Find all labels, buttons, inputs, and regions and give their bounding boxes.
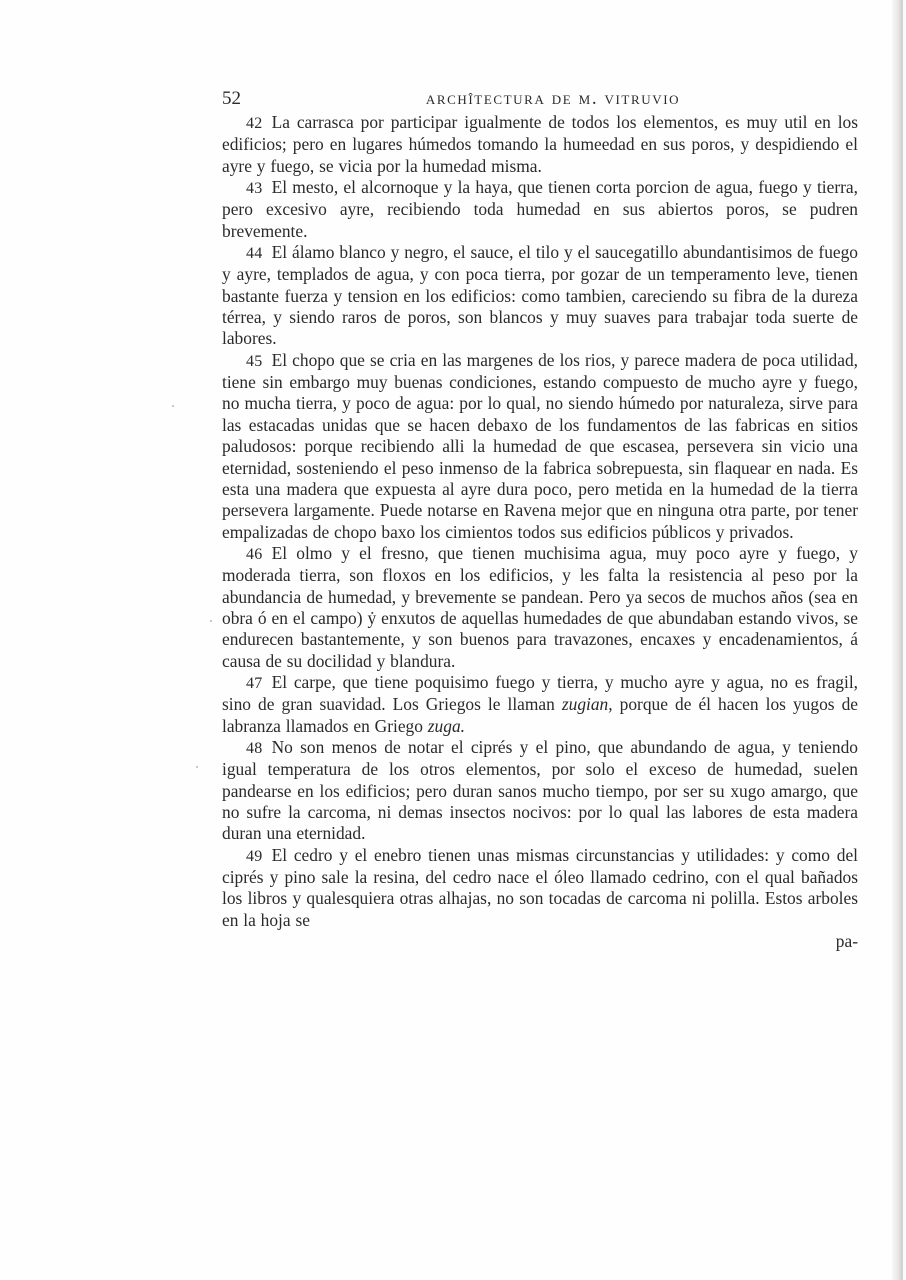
paragraph-47: 47El carpe, que tiene poquisimo fuego y … (222, 672, 858, 737)
paragraph-45: 45El chopo que se cria en las margenes d… (222, 350, 858, 543)
paper-speck (210, 620, 212, 622)
paragraph-43: 43El mesto, el alcornoque y la haya, que… (222, 177, 858, 242)
paragraph-text: No son menos de notar el ciprés y el pin… (222, 737, 858, 843)
book-page: 52 ARCHÎTECTURA DE M. VITRUVIO 42La carr… (0, 0, 906, 1280)
paragraph-number: 49 (246, 848, 263, 865)
page-edge-shadow (892, 0, 906, 1280)
paragraph-number: 42 (246, 115, 263, 132)
paragraph-text: El olmo y el fresno, que tienen muchisim… (222, 543, 858, 671)
paragraph-49: 49El cedro y el enebro tienen unas misma… (222, 845, 858, 931)
paper-speck (172, 405, 174, 407)
paragraph-number: 45 (246, 353, 263, 370)
paragraph-number: 48 (246, 740, 263, 757)
paragraph-text: El chopo que se cria en las margenes de … (222, 350, 858, 542)
paragraph-number: 47 (246, 675, 263, 692)
paragraph-text: El mesto, el alcornoque y la haya, que t… (222, 177, 858, 241)
paragraph-number: 46 (246, 546, 263, 563)
paper-speck (196, 766, 198, 768)
greek-term-zuga: zuga. (428, 716, 465, 736)
running-head: 52 ARCHÎTECTURA DE M. VITRUVIO (222, 86, 858, 112)
paragraph-48: 48No son menos de notar el ciprés y el p… (222, 737, 858, 845)
paragraph-text: El álamo blanco y negro, el sauce, el ti… (222, 242, 858, 348)
paragraph-number: 43 (246, 180, 263, 197)
paragraph-text: La carrasca por participar igualmente de… (222, 112, 858, 176)
paragraph-text: El cedro y el enebro tienen unas mismas … (222, 845, 858, 930)
text-block: 52 ARCHÎTECTURA DE M. VITRUVIO 42La carr… (222, 86, 858, 952)
catchword: pa- (836, 931, 858, 951)
paragraph-number: 44 (246, 245, 263, 262)
catchword-row: pa- (222, 931, 858, 952)
paragraph-46: 46El olmo y el fresno, que tienen muchis… (222, 543, 858, 672)
paragraph-42: 42La carrasca por participar igualmente … (222, 112, 858, 177)
running-title: ARCHÎTECTURA DE M. VITRUVIO (222, 86, 858, 112)
greek-term-zugian: zugian, (562, 694, 613, 714)
paragraph-44: 44El álamo blanco y negro, el sauce, el … (222, 242, 858, 350)
